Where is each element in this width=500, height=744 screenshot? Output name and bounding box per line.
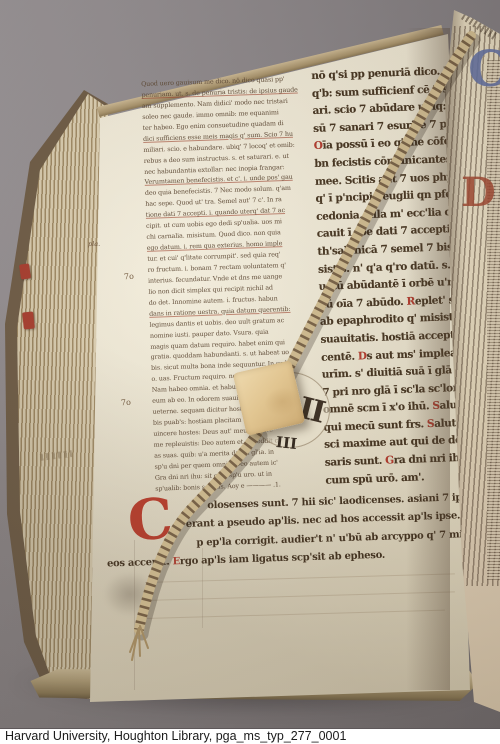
caption-bar: Harvard University, Houghton Library, pg… xyxy=(0,728,500,744)
fore-edge-tab xyxy=(19,263,31,279)
library-photo-frame: Quod uero gauisum me dico. nō dico quasi… xyxy=(0,0,500,744)
fore-edge-tab xyxy=(22,311,35,329)
margin-tie-mark: 7o xyxy=(121,398,132,408)
parchment-stain xyxy=(104,572,156,616)
margin-note: pla. xyxy=(88,240,100,248)
recto-fore-edge xyxy=(487,60,500,580)
parchment-crease xyxy=(134,540,135,690)
photo-backdrop: Quod uero gauisum me dico. nō dico quasi… xyxy=(0,0,500,728)
disc-numeral-lower: III xyxy=(275,434,298,452)
recto-initial-d: D xyxy=(461,172,496,214)
recto-initial-c: C xyxy=(468,44,500,94)
caption-text: Harvard University, Houghton Library, pg… xyxy=(5,729,346,744)
margin-tie-mark: 7o xyxy=(124,272,135,282)
gutter-shadow xyxy=(406,28,450,690)
